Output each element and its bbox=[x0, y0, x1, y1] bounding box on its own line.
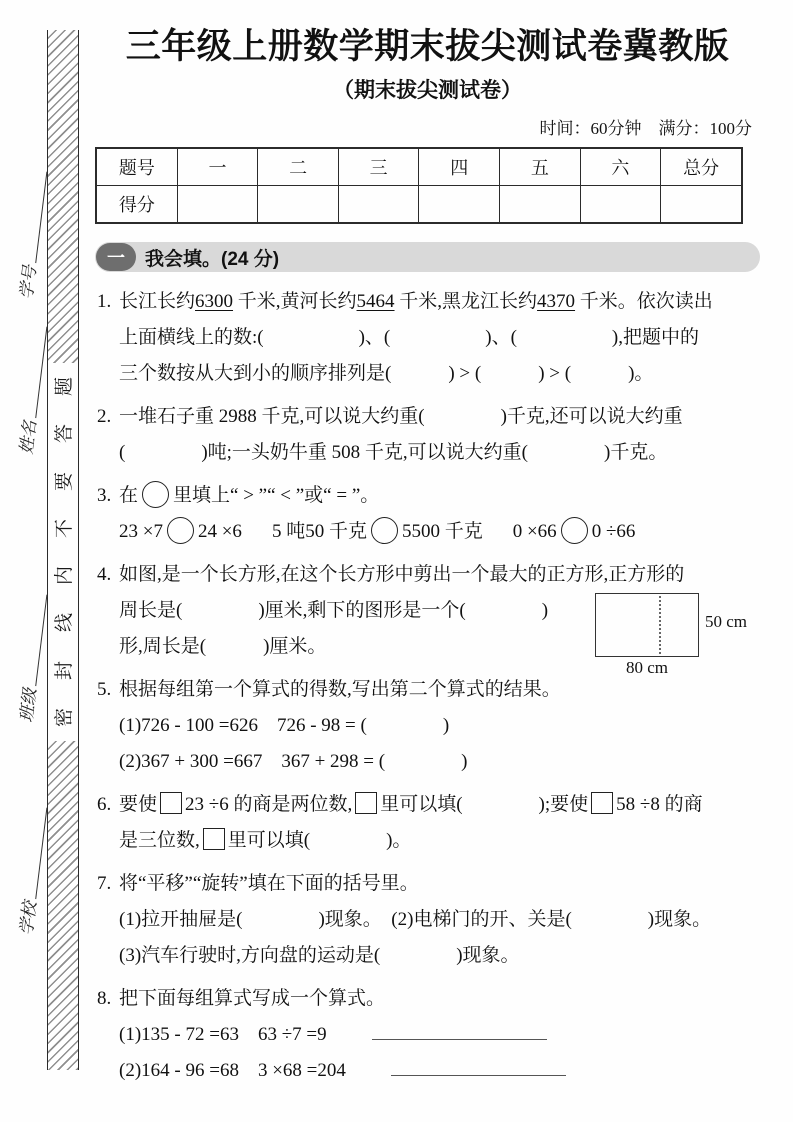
question-8-line-1: 8.把下面每组算式写成一个算式。 bbox=[95, 981, 760, 1017]
q3-expression: 0 ÷66 bbox=[592, 521, 636, 542]
question-8-item-1: (1)135 - 72 =63 63 ÷7 =9 bbox=[95, 1017, 760, 1053]
question-8: 8.把下面每组算式写成一个算式。 (1)135 - 72 =63 63 ÷7 =… bbox=[95, 981, 760, 1089]
question-5: 5.根据每组第一个算式的得数,写出第二个算式的结果。 (1)726 - 100 … bbox=[95, 672, 760, 780]
q3-text: 里填上“ > ”“ < ”或“ = ”。 bbox=[173, 485, 379, 506]
q6-text: 要使 bbox=[119, 794, 157, 815]
comparison-circle-icon bbox=[561, 517, 588, 544]
test-paper-page: 学号 姓名 班级 学校 题 答 要 不 内 线 封 密 三年级上册数学期末拔尖测… bbox=[0, 0, 793, 1122]
q6-text: 里可以填( );要使 bbox=[380, 794, 588, 815]
header-cell-5: 五 bbox=[500, 148, 581, 186]
class-blank-line bbox=[18, 593, 47, 687]
question-number: 4. bbox=[97, 557, 111, 593]
score-cell bbox=[419, 186, 500, 224]
hatch-pattern-bottom bbox=[48, 741, 78, 1070]
comparison-circle-icon bbox=[142, 481, 169, 508]
question-2-line-2: ( )吨;一头奶牛重 508 千克,可以说大约重( )千克。 bbox=[95, 435, 760, 471]
section-number-badge: 一 bbox=[96, 243, 136, 271]
question-6-line-1: 6.要使23 ÷6 的商是两位数,里可以填( );要使58 ÷8 的商 bbox=[95, 787, 760, 823]
seal-char: 封 bbox=[49, 661, 76, 680]
hatch-pattern-top bbox=[48, 30, 78, 363]
q6-text: 23 ÷6 的商是两位数, bbox=[185, 794, 352, 815]
q3-text: 在 bbox=[119, 485, 138, 506]
header-cell-total: 总分 bbox=[661, 148, 742, 186]
question-5-item-2: (2)367 + 300 =667 367 + 298 = ( ) bbox=[95, 744, 760, 780]
q2-text: 一堆石子重 2988 千克,可以说大约重( )千克,还可以说大约重 bbox=[119, 406, 683, 427]
question-2: 2.一堆石子重 2988 千克,可以说大约重( )千克,还可以说大约重 ( )吨… bbox=[95, 399, 760, 471]
school-text: 学校 bbox=[12, 900, 41, 937]
question-4-line-1: 4.如图,是一个长方形,在这个长方形中剪出一个最大的正方形,正方形的 bbox=[95, 557, 760, 593]
seal-warning-text: 题 答 要 不 内 线 封 密 bbox=[48, 363, 78, 741]
question-number: 3. bbox=[97, 478, 111, 514]
question-7-line-1: 7.将“平移”“旋转”填在下面的括号里。 bbox=[95, 866, 760, 902]
q1-text: 长江长约 bbox=[119, 291, 195, 312]
q3-expression: 5 吨50 千克 bbox=[272, 521, 367, 542]
school-blank-line bbox=[18, 806, 47, 900]
q3-expression: 5500 千克 bbox=[402, 521, 483, 542]
student-id-blank-line bbox=[18, 170, 47, 264]
class-text: 班级 bbox=[12, 687, 41, 724]
answer-blank-line bbox=[391, 1056, 566, 1076]
q4-text: 如图,是一个长方形,在这个长方形中剪出一个最大的正方形,正方形的 bbox=[119, 564, 684, 585]
time-score-info: 时间：60分钟 满分：100分 bbox=[95, 114, 760, 139]
q7-text: 将“平移”“旋转”填在下面的括号里。 bbox=[119, 873, 419, 894]
q3-expression: 0 ×66 bbox=[513, 521, 557, 542]
q6-text: 是三位数, bbox=[119, 830, 200, 851]
question-7-item-3: (3)汽车行驶时,方向盘的运动是( )现象。 bbox=[95, 938, 760, 974]
question-4: 4.如图,是一个长方形,在这个长方形中剪出一个最大的正方形,正方形的 周长是( … bbox=[95, 557, 760, 665]
header-cell-2: 二 bbox=[258, 148, 339, 186]
question-3-comparisons: 23 ×724 ×65 吨50 千克5500 千克0 ×660 ÷66 bbox=[95, 514, 760, 550]
rectangle-shape bbox=[595, 593, 699, 657]
digit-box-icon bbox=[355, 792, 377, 814]
question-1-line-1: 1.长江长约6300 千米,黄河长约5464 千米,黑龙江长约4370 千米。依… bbox=[95, 284, 760, 320]
student-name-text: 姓名 bbox=[12, 419, 41, 456]
page-subtitle: （期末拔尖测试卷） bbox=[95, 74, 760, 104]
seal-char: 线 bbox=[49, 613, 76, 632]
section-1-header: 一 我会填。(24 分) bbox=[95, 242, 760, 272]
question-1-line-2: 上面横线上的数:( )、( )、( ),把题中的 bbox=[95, 320, 760, 356]
question-number: 5. bbox=[97, 672, 111, 708]
q8-equations: (2)164 - 96 =68 3 ×68 =204 bbox=[119, 1060, 346, 1081]
page-title: 三年级上册数学期末拔尖测试卷冀教版 bbox=[95, 26, 760, 68]
comparison-circle-icon bbox=[167, 517, 194, 544]
comparison-circle-icon bbox=[371, 517, 398, 544]
question-number: 6. bbox=[97, 787, 111, 823]
score-row-label: 得分 bbox=[96, 186, 177, 224]
q1-underlined-number: 6300 bbox=[195, 291, 233, 312]
question-3: 3.在里填上“ > ”“ < ”或“ = ”。 23 ×724 ×65 吨50 … bbox=[95, 478, 760, 550]
score-table: 题号 一 二 三 四 五 六 总分 得分 bbox=[95, 147, 743, 224]
q1-underlined-number: 5464 bbox=[357, 291, 395, 312]
seal-char: 要 bbox=[49, 472, 76, 491]
header-cell-1: 一 bbox=[177, 148, 258, 186]
q5-text: 根据每组第一个算式的得数,写出第二个算式的结果。 bbox=[119, 679, 561, 700]
q1-underlined-number: 4370 bbox=[537, 291, 575, 312]
score-cell bbox=[258, 186, 339, 224]
header-cell-question-no: 题号 bbox=[96, 148, 177, 186]
score-cell bbox=[177, 186, 258, 224]
section-title: 我会填。(24 分) bbox=[145, 244, 279, 271]
q6-text: 58 ÷8 的商 bbox=[616, 794, 702, 815]
score-cell bbox=[580, 186, 661, 224]
score-cell bbox=[500, 186, 581, 224]
question-7: 7.将“平移”“旋转”填在下面的括号里。 (1)拉开抽屉是( )现象。 (2)电… bbox=[95, 866, 760, 974]
digit-box-icon bbox=[160, 792, 182, 814]
seal-char: 题 bbox=[49, 377, 76, 396]
question-3-line-1: 3.在里填上“ > ”“ < ”或“ = ”。 bbox=[95, 478, 760, 514]
question-number: 2. bbox=[97, 399, 111, 435]
seal-line-band: 题 答 要 不 内 线 封 密 bbox=[47, 30, 79, 1070]
header-cell-4: 四 bbox=[419, 148, 500, 186]
question-2-line-1: 2.一堆石子重 2988 千克,可以说大约重( )千克,还可以说大约重 bbox=[95, 399, 760, 435]
score-cell bbox=[661, 186, 742, 224]
question-6: 6.要使23 ÷6 的商是两位数,里可以填( );要使58 ÷8 的商 是三位数… bbox=[95, 787, 760, 859]
seal-char: 密 bbox=[49, 708, 76, 727]
score-table-header-row: 题号 一 二 三 四 五 六 总分 bbox=[96, 148, 742, 186]
header-cell-6: 六 bbox=[580, 148, 661, 186]
seal-char: 答 bbox=[49, 424, 76, 443]
score-table-score-row: 得分 bbox=[96, 186, 742, 224]
score-cell bbox=[338, 186, 419, 224]
q3-expression: 23 ×7 bbox=[119, 521, 163, 542]
paper-content: 三年级上册数学期末拔尖测试卷冀教版 （期末拔尖测试卷） 时间：60分钟 满分：1… bbox=[95, 0, 760, 1089]
q1-text: 千米。依次读出 bbox=[575, 291, 713, 312]
q8-equations: (1)135 - 72 =63 63 ÷7 =9 bbox=[119, 1024, 327, 1045]
question-1: 1.长江长约6300 千米,黄河长约5464 千米,黑龙江长约4370 千米。依… bbox=[95, 284, 760, 392]
question-number: 7. bbox=[97, 866, 111, 902]
question-8-item-2: (2)164 - 96 =68 3 ×68 =204 bbox=[95, 1053, 760, 1089]
q1-text: 千米,黄河长约 bbox=[233, 291, 357, 312]
digit-box-icon bbox=[203, 828, 225, 850]
question-number: 8. bbox=[97, 981, 111, 1017]
question-5-item-1: (1)726 - 100 =626 726 - 98 = ( ) bbox=[95, 708, 760, 744]
seal-char: 内 bbox=[49, 566, 76, 585]
question-5-line-1: 5.根据每组第一个算式的得数,写出第二个算式的结果。 bbox=[95, 672, 760, 708]
question-list: 1.长江长约6300 千米,黄河长约5464 千米,黑龙江长约4370 千米。依… bbox=[95, 284, 760, 1089]
q6-text: 里可以填( )。 bbox=[228, 830, 412, 851]
question-1-line-3: 三个数按从大到小的顺序排列是( ) > ( ) > ( )。 bbox=[95, 356, 760, 392]
student-name-blank-line bbox=[18, 325, 47, 419]
seal-char: 不 bbox=[49, 519, 76, 538]
question-7-items-1-2: (1)拉开抽屉是( )现象。 (2)电梯门的开、关是( )现象。 bbox=[95, 902, 760, 938]
figure-height-label: 50 cm bbox=[705, 612, 747, 632]
header-cell-3: 三 bbox=[338, 148, 419, 186]
question-number: 1. bbox=[97, 284, 111, 320]
answer-blank-line bbox=[372, 1020, 547, 1040]
digit-box-icon bbox=[591, 792, 613, 814]
q8-text: 把下面每组算式写成一个算式。 bbox=[119, 988, 385, 1009]
question-6-line-2: 是三位数,里可以填( )。 bbox=[95, 823, 760, 859]
dotted-cut-line bbox=[659, 596, 661, 654]
q1-text: 千米,黑龙江长约 bbox=[395, 291, 538, 312]
q3-expression: 24 ×6 bbox=[198, 521, 242, 542]
